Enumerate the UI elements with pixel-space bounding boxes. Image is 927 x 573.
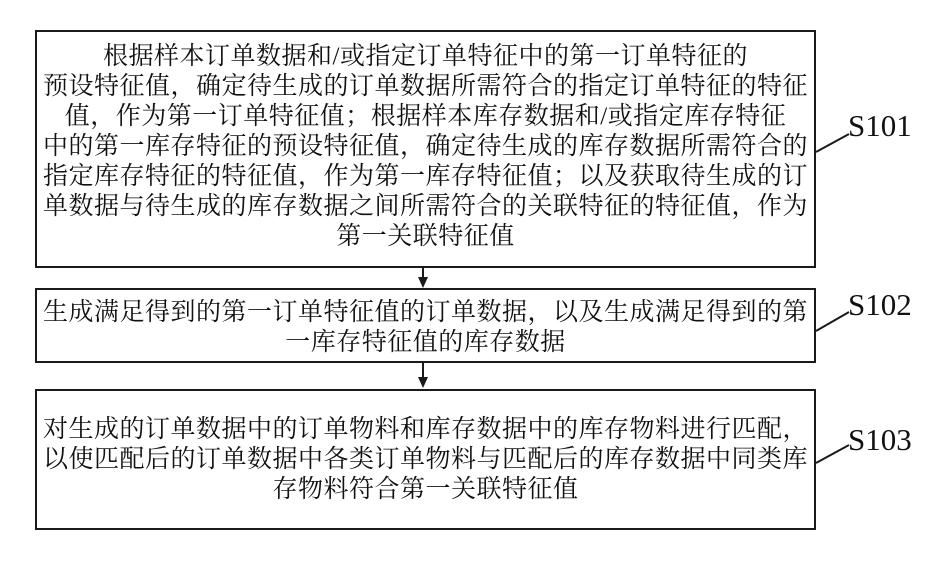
patent-flowchart-figure: 根据样本订单数据和/或指定订单特征中的第一订单特征的 预设特征值，确定待生成的订… xyxy=(0,0,927,573)
leader-line-s101 xyxy=(816,134,849,152)
leader-line-s102 xyxy=(816,312,849,331)
step-s103-text-line: 对生成的订单数据中的订单物料和库存数据中的库存物料进行匹配， xyxy=(37,415,814,445)
step-s101-text-line: 值，作为第一订单特征值；根据样本库存数据和/或指定库存特征 xyxy=(37,102,814,132)
step-s101-text-line: 中的第一库存特征的预设特征值，确定待生成的库存数据所需符合的 xyxy=(37,132,814,162)
step-s101-text-line: 单数据与待生成的库存数据之间所需符合的关联特征的特征值，作为 xyxy=(37,192,814,222)
step-s101-text-line: 预设特征值，确定待生成的订单数据所需符合的指定订单特征的特征 xyxy=(37,72,814,102)
step-label-s101: S101 xyxy=(848,110,912,142)
step-s101-text-line: 第一关联特征值 xyxy=(37,222,814,252)
flowchart-step-box-s103: 对生成的订单数据中的订单物料和库存数据中的库存物料进行匹配， 以使匹配后的订单数… xyxy=(35,389,816,530)
flowchart-step-box-s101: 根据样本订单数据和/或指定订单特征中的第一订单特征的 预设特征值，确定待生成的订… xyxy=(35,30,816,268)
down-arrow-icon xyxy=(418,363,428,388)
step-s102-text-line: 生成满足得到的第一订单特征值的订单数据，以及生成满足得到的第 xyxy=(37,298,814,328)
flowchart-step-box-s102: 生成满足得到的第一订单特征值的订单数据，以及生成满足得到的第 一库存特征值的库存… xyxy=(35,288,816,363)
leader-line-s103 xyxy=(816,445,849,463)
step-s103-text-line: 以使匹配后的订单数据中各类订单物料与匹配后的库存数据中同类库 xyxy=(37,445,814,475)
down-arrow-icon xyxy=(418,268,428,288)
step-s102-text-line: 一库存特征值的库存数据 xyxy=(37,328,814,358)
step-s101-text-line: 根据样本订单数据和/或指定订单特征中的第一订单特征的 xyxy=(37,42,814,72)
step-label-s102: S102 xyxy=(848,289,912,321)
step-label-s103: S103 xyxy=(848,424,912,456)
step-s101-text-line: 指定库存特征的特征值，作为第一库存特征值；以及获取待生成的订 xyxy=(37,162,814,192)
step-s103-text-line: 存物料符合第一关联特征值 xyxy=(37,475,814,505)
